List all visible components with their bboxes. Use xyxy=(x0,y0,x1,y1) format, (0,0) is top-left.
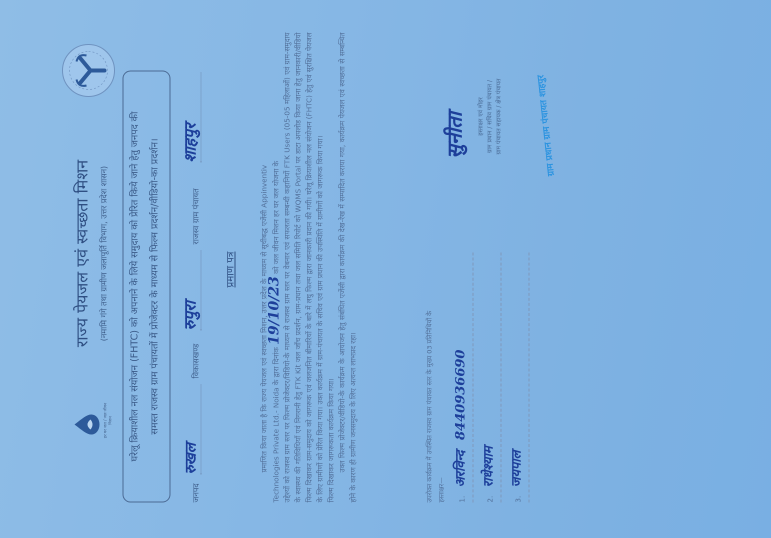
district-value: रुखल xyxy=(180,384,201,474)
body-paragraph-1: उद्देश्यों को राजस्व ग्राम स्तर पर फिल्म… xyxy=(281,32,325,502)
official-signature: सुनीता xyxy=(440,112,467,158)
subject-line-2: समस्त राजस्व ग्राम पंचायतों में प्रोजेक्… xyxy=(145,71,165,501)
official-designation: हस्ताक्षर एवं मोहर ग्राम प्रधान / सचिव ग… xyxy=(476,46,503,186)
attendee-signature-row: 3. जयपाल xyxy=(506,252,529,502)
program-date: 19/10/23 xyxy=(266,276,282,345)
body-line-2: Technologies Private Ltd.- Noida के द्वा… xyxy=(269,32,281,502)
body-line-1: प्रमाणित किया जाता है कि राज्य पेयजल एवं… xyxy=(258,32,269,502)
attendee-name: अरविन्द xyxy=(453,450,468,487)
certificate-body: प्रमाणित किया जाता है कि राज्य पेयजल एवं… xyxy=(258,32,358,502)
representatives-note: उपरोक्त कार्यक्रम में उपस्थित राजस्व ग्र… xyxy=(424,32,433,502)
scanned-certificate-page: हर घर जल / जल जीवन मिशन राज्य पेयजल एवं … xyxy=(0,0,771,538)
block-value: रुपुरा xyxy=(178,250,201,330)
signature-label: हस्ताक्षर— xyxy=(436,477,445,502)
mission-subtitle: (नमामि गंगे तथा ग्रामीण जलापूर्ति विभाग,… xyxy=(98,108,109,398)
jal-jeevan-mission-drop-logo xyxy=(72,410,100,438)
pradhan-stamp: ग्राम प्रधान ग्राम पंचायत शाहपुर xyxy=(534,66,595,181)
subject-box: घरेलू क्रियाशील नल संयोजन (FHTC) को अपना… xyxy=(122,70,170,502)
attendee-name: जयपाल xyxy=(509,450,524,487)
block-label: विकासखण्ड xyxy=(190,343,201,378)
attendee-name: राधेश्याम xyxy=(481,446,496,487)
attendee-signature-row: 2. राधेश्याम xyxy=(478,252,501,502)
village-value: शाहपुर xyxy=(178,72,201,162)
certificate-title: प्रमाण पत्र xyxy=(222,0,236,538)
attendee-signature-row: 1. अरविन्द 8440936690 xyxy=(450,252,473,502)
body-paragraph-3: उक्त फिल्म प्रोजेक्टर/वीडियो-के कार्यक्र… xyxy=(336,32,358,502)
mission-title: राज्य पेयजल एवं स्वच्छता मिशन xyxy=(70,108,92,398)
district-label: जनपद xyxy=(190,483,201,502)
body-paragraph-2: फिल्म दिखाकर जागरूकता कार्यक्रम किया गया… xyxy=(325,32,336,502)
left-logo-caption: हर घर जल / जल जीवन मिशन xyxy=(102,398,112,442)
attendee-phone: 8440936690 xyxy=(453,349,468,439)
swachh-mission-emblem-logo xyxy=(60,42,116,98)
village-label: राजस्व ग्राम पंचायत xyxy=(190,188,201,244)
subject-line-1: घरेलू क्रियाशील नल संयोजन (FHTC) को अपना… xyxy=(125,71,145,501)
